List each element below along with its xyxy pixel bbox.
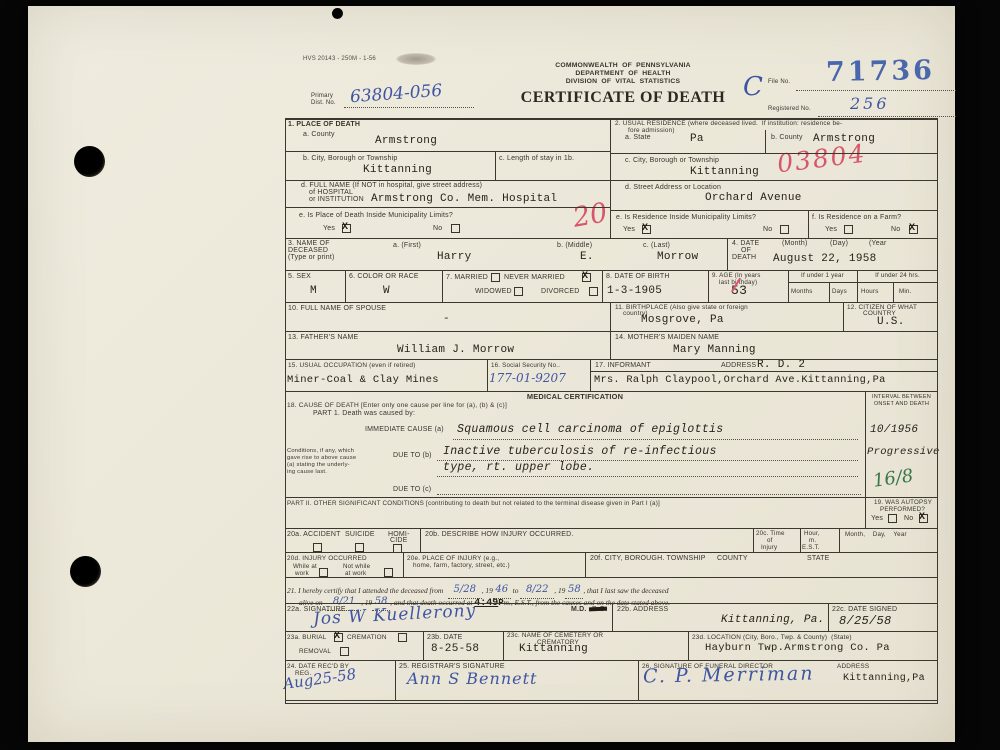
immediate-cause-ruled-line bbox=[453, 439, 858, 440]
widowed-label: WIDOWED bbox=[475, 288, 512, 296]
informant-label: 17. INFORMANT bbox=[595, 362, 651, 370]
months-header: Months bbox=[791, 288, 813, 295]
funeral-director-address-label: ADDRESS bbox=[837, 663, 869, 670]
residence-state-value: Pa bbox=[690, 133, 704, 145]
min-header: Min. bbox=[899, 288, 912, 295]
rule-line bbox=[285, 331, 938, 332]
rule-line bbox=[495, 151, 496, 180]
due-to-b-label: DUE TO (b) bbox=[393, 452, 432, 460]
rule-line bbox=[828, 603, 829, 631]
rule-line bbox=[285, 391, 938, 392]
burial-checkbox: X bbox=[334, 633, 343, 642]
rule-line bbox=[688, 631, 689, 660]
under-1-year-header: If under 1 year bbox=[788, 272, 857, 279]
rule-line bbox=[285, 302, 938, 303]
middle-name-label: b. (Middle) bbox=[557, 242, 592, 250]
printers-union-emblem-icon bbox=[396, 53, 436, 65]
burial-date-value: 8-25-58 bbox=[431, 643, 479, 655]
deceased-name-title-3: (Type or print) bbox=[288, 254, 335, 262]
rule-line bbox=[708, 270, 709, 302]
removal-label: REMOVAL bbox=[299, 648, 331, 655]
sex-value: M bbox=[310, 285, 317, 297]
immediate-cause-value: Squamous cell carcinoma of epiglottis bbox=[457, 424, 723, 437]
rule-line bbox=[843, 302, 844, 331]
funeral-director-signature: C. P. Merriman bbox=[643, 663, 815, 688]
punch-hole-top bbox=[74, 146, 105, 177]
ssn-label: 16. Social Security No.. bbox=[491, 362, 560, 369]
rule-line bbox=[590, 359, 591, 391]
rule-line bbox=[765, 130, 766, 153]
hospital-name-value: Armstrong Co. Mem. Hospital bbox=[371, 193, 557, 205]
part1-label: PART 1. Death was caused by: bbox=[313, 410, 415, 418]
date-signed-value: 8/25/58 bbox=[839, 615, 892, 628]
accident-checkbox bbox=[313, 543, 322, 552]
md-label: M.D. bbox=[571, 606, 587, 614]
rule-line bbox=[808, 210, 809, 238]
father-name-value: William J. Morrow bbox=[397, 344, 514, 356]
length-of-stay-label: c. Length of stay in 1b. bbox=[499, 155, 605, 163]
divorced-checkbox bbox=[589, 287, 598, 296]
rule-line bbox=[487, 359, 488, 391]
injury-occurred-label: 20d. INJURY OCCURRED bbox=[287, 555, 367, 562]
due-to-b-interval: Progressive bbox=[867, 447, 940, 459]
cemetery-location-label: 23d. LOCATION (City, Boro., Twp. & Count… bbox=[692, 634, 852, 641]
rule-line bbox=[285, 207, 610, 208]
divorced-label: DIVORCED bbox=[541, 288, 580, 296]
place-city-label: b. City, Borough or Township bbox=[303, 155, 397, 163]
burial-date-label: 23b. DATE bbox=[427, 634, 463, 642]
informant-value: Mrs. Ralph Claypool,Orchard Ave.Kittanni… bbox=[594, 375, 886, 386]
rule-line bbox=[727, 238, 728, 270]
place-municipality-yes-checkbox: X bbox=[342, 224, 351, 233]
widowed-checkbox bbox=[514, 287, 523, 296]
suicide-checkbox bbox=[355, 543, 364, 552]
rule-line bbox=[638, 660, 639, 700]
rule-line bbox=[829, 282, 830, 302]
rule-line bbox=[612, 603, 613, 631]
residence-municipality-question: e. Is Residence Inside Municipality Limi… bbox=[616, 214, 756, 222]
rule-line bbox=[285, 631, 938, 632]
time-of-injury-label-3: Injury bbox=[761, 544, 777, 551]
informant-address-label: ADDRESS bbox=[721, 362, 756, 370]
red-annotation-03804: 03804 bbox=[776, 139, 868, 179]
rule-line bbox=[285, 359, 938, 360]
cemetery-location-value: Hayburn Twp.Armstrong Co. Pa bbox=[705, 643, 890, 655]
residence-farm-no-checkbox: X bbox=[909, 225, 918, 234]
residence-municipality-yes-checkbox: X bbox=[642, 225, 651, 234]
rule-line bbox=[610, 210, 938, 211]
suicide-label: SUICIDE bbox=[345, 531, 375, 539]
red-annotation-20: 20 bbox=[571, 197, 610, 233]
rule-line bbox=[610, 118, 611, 238]
place-municipality-no-checkbox bbox=[451, 224, 460, 233]
birthplace-value: Mosgrove, Pa bbox=[641, 314, 724, 326]
residence-city-value: Kittanning bbox=[690, 166, 759, 178]
part2-label: PART II. OTHER SIGNIFICANT CONDITIONS [c… bbox=[287, 500, 859, 507]
injury-county-label: COUNTY bbox=[717, 555, 748, 563]
cremation-label: CREMATION bbox=[347, 634, 387, 641]
month-header: (Month) bbox=[782, 240, 808, 248]
day-header: (Day) bbox=[830, 240, 848, 248]
registered-number: 256 bbox=[850, 94, 890, 113]
file-no-ruled-line bbox=[796, 90, 956, 91]
rule-line bbox=[857, 270, 858, 302]
autopsy-no-label: No bbox=[904, 515, 913, 523]
form-stock-code: HVS 20143 - 250M - 1-56 bbox=[303, 56, 376, 63]
rule-line bbox=[285, 703, 938, 704]
father-name-label: 13. FATHER'S NAME bbox=[288, 334, 358, 342]
place-city-value: Kittanning bbox=[363, 164, 432, 176]
ink-strike-mark bbox=[589, 607, 607, 612]
color-race-value: W bbox=[383, 285, 390, 297]
residence-farm-no-label: No bbox=[891, 226, 900, 234]
rule-line bbox=[753, 528, 754, 552]
date-signed-label: 22c. DATE SIGNED bbox=[832, 606, 897, 614]
rule-line bbox=[285, 660, 938, 661]
physician-address-label: 22b. ADDRESS bbox=[617, 606, 668, 614]
year-header: (Year bbox=[869, 240, 886, 248]
citizen-value: U.S. bbox=[877, 316, 905, 328]
rule-line bbox=[420, 528, 421, 552]
rule-line bbox=[800, 528, 801, 552]
mother-name-value: Mary Manning bbox=[673, 344, 756, 356]
rule-line bbox=[788, 282, 938, 283]
occupation-value: Miner-Coal & Clay Mines bbox=[287, 375, 439, 387]
cemetery-value: Kittanning bbox=[519, 643, 588, 655]
conditions-note-3: (a) stating the underly- bbox=[287, 462, 350, 469]
residence-municipality-yes-label: Yes bbox=[623, 226, 635, 234]
primary-dist-number: 63804-056 bbox=[349, 81, 442, 107]
conditions-note-1: Conditions, if any, which bbox=[287, 448, 354, 455]
file-number-stamp: 71736 bbox=[826, 55, 935, 88]
primary-dist-ruled-line bbox=[344, 107, 474, 108]
rule-line bbox=[610, 153, 938, 154]
rule-line bbox=[285, 270, 938, 271]
rule-line bbox=[839, 528, 840, 552]
rule-line bbox=[285, 528, 938, 529]
rule-line bbox=[610, 302, 611, 331]
never-married-checkbox: X bbox=[582, 273, 591, 282]
punch-hole-bottom bbox=[70, 556, 101, 587]
certificate-paper: HVS 20143 - 250M - 1-56 COMMONWEALTH OF … bbox=[28, 6, 955, 742]
rule-line bbox=[893, 282, 894, 302]
registered-no-ruled-line bbox=[818, 116, 956, 117]
due-to-b-ruled-line-2 bbox=[437, 476, 858, 477]
agency-line-1: COMMONWEALTH OF PENNSYLVANIA bbox=[483, 62, 763, 70]
first-name-value: Harry bbox=[437, 251, 472, 263]
file-no-label: File No. bbox=[768, 79, 790, 86]
cremation-checkbox bbox=[398, 633, 407, 642]
rule-line bbox=[285, 552, 938, 553]
check-letter-mark: C bbox=[743, 72, 763, 102]
due-to-c-ruled-line bbox=[437, 494, 861, 495]
place-municipality-question: e. Is Place of Death Inside Municipality… bbox=[299, 212, 453, 220]
rule-line bbox=[937, 118, 938, 703]
first-name-label: a. (First) bbox=[393, 242, 421, 250]
date-of-death-value: August 22, 1958 bbox=[773, 253, 877, 265]
rule-line bbox=[585, 552, 586, 577]
autopsy-yes-checkbox bbox=[888, 514, 897, 523]
under-24-hrs-header: If under 24 hrs. bbox=[857, 272, 938, 279]
not-while-at-work-checkbox bbox=[384, 568, 393, 577]
certificate-title: CERTIFICATE OF DEATH bbox=[483, 89, 763, 107]
date-of-death-title-3: DEATH bbox=[732, 254, 756, 262]
rule-line bbox=[602, 270, 603, 302]
rule-line bbox=[610, 331, 611, 359]
rule-line bbox=[865, 391, 866, 528]
rule-line bbox=[423, 631, 424, 660]
residence-city-label: c. City, Borough or Township bbox=[625, 157, 719, 165]
conditions-note-4: ing cause last. bbox=[287, 469, 327, 476]
rule-line bbox=[285, 118, 938, 120]
cause-of-death-label: 18. CAUSE OF DEATH [Enter only one cause… bbox=[287, 402, 507, 410]
hours-header: Hours bbox=[861, 288, 879, 295]
medical-certification-title: MEDICAL CERTIFICATION bbox=[285, 393, 865, 402]
place-municipality-yes-label: Yes bbox=[323, 225, 335, 233]
date-of-birth-value: 1-3-1905 bbox=[607, 285, 662, 297]
primary-dist-label-2: Dist. No. bbox=[311, 100, 336, 107]
place-municipality-no-label: No bbox=[433, 225, 442, 233]
interval-header-2: ONSET AND DEATH bbox=[865, 401, 938, 407]
immediate-cause-label: IMMEDIATE CAUSE (a) bbox=[365, 426, 444, 434]
rule-line bbox=[285, 577, 938, 578]
due-to-b-value-2: type, rt. upper lobe. bbox=[443, 462, 594, 475]
primary-dist-label-1: Primary bbox=[311, 93, 333, 100]
autopsy-no-checkbox: X bbox=[919, 514, 928, 523]
spouse-value: - bbox=[443, 313, 450, 325]
rule-line bbox=[403, 552, 404, 577]
rule-line bbox=[788, 270, 789, 302]
removal-checkbox bbox=[340, 647, 349, 656]
rule-line bbox=[590, 371, 938, 372]
place-county-label: a. County bbox=[303, 131, 335, 139]
injury-city-label: 20f. CITY, BOROUGH. TOWNSHIP bbox=[590, 555, 706, 563]
accident-label: 20a. ACCIDENT bbox=[287, 531, 341, 539]
residence-county-label: b. County bbox=[771, 134, 803, 142]
rule-line bbox=[285, 497, 938, 498]
while-at-work-checkbox bbox=[319, 568, 328, 577]
residence-street-value: Orchard Avenue bbox=[705, 192, 802, 204]
residence-farm-question: f. Is Residence on a Farm? bbox=[812, 214, 934, 222]
informant-address-value: R. D. 2 bbox=[757, 359, 805, 371]
place-of-death-title: 1. PLACE OF DEATH bbox=[288, 121, 360, 129]
conditions-note-2: gave rise to above cause bbox=[287, 455, 356, 462]
punch-mark-top-edge bbox=[332, 8, 343, 19]
married-label: 7. MARRIED bbox=[446, 274, 488, 282]
place-of-injury-label-2: home, farm, factory, street, etc.) bbox=[413, 562, 510, 569]
sex-label: 5. SEX bbox=[288, 273, 311, 281]
rule-line bbox=[285, 238, 938, 239]
rule-line bbox=[345, 270, 346, 302]
funeral-director-address-value: Kittanning,Pa bbox=[843, 673, 925, 684]
registrar-signature: Ann S Bennett bbox=[407, 669, 537, 688]
rule-line bbox=[285, 118, 286, 703]
rule-line bbox=[285, 151, 610, 152]
due-to-c-label: DUE TO (c) bbox=[393, 486, 431, 494]
agency-line-2: DEPARTMENT OF HEALTH bbox=[483, 70, 763, 78]
describe-injury-label: 20b. DESCRIBE HOW INJURY OCCURRED. bbox=[425, 531, 574, 539]
residence-state-label: a. State bbox=[625, 134, 651, 142]
occupation-label: 15. USUAL OCCUPATION (even if retired) bbox=[288, 362, 416, 369]
registered-no-label: Registered No. bbox=[768, 106, 811, 113]
immediate-cause-interval: 10/1956 bbox=[870, 424, 918, 436]
residence-farm-yes-checkbox bbox=[844, 225, 853, 234]
days-header: Days bbox=[832, 288, 847, 295]
month-day-year-header: Month, Day, Year bbox=[845, 531, 907, 538]
due-to-b-value-1: Inactive tuberculosis of re-infectious bbox=[443, 446, 717, 459]
middle-name-value: E. bbox=[580, 251, 594, 263]
autopsy-yes-label: Yes bbox=[871, 515, 883, 523]
physician-address-value: Kittanning, Pa. bbox=[721, 614, 825, 626]
mother-name-label: 14. MOTHER'S MAIDEN NAME bbox=[615, 334, 719, 342]
color-race-label: 6. COLOR OR RACE bbox=[349, 273, 419, 281]
married-checkbox bbox=[491, 273, 500, 282]
interval-header-1: INTERVAL BETWEEN bbox=[865, 394, 938, 400]
residence-street-label: d. Street Address or Location bbox=[625, 184, 721, 192]
rule-line bbox=[285, 700, 938, 701]
injury-state-label: STATE bbox=[807, 555, 830, 563]
burial-label: 23a. BURIAL bbox=[287, 634, 327, 641]
residence-municipality-no-label: No bbox=[763, 226, 772, 234]
rule-line bbox=[285, 180, 938, 181]
residence-farm-yes-label: Yes bbox=[825, 226, 837, 234]
green-interval-annotation: 16/8 bbox=[872, 465, 915, 491]
rule-line bbox=[442, 270, 443, 302]
hospital-name-label-3: or INSTITUTION bbox=[309, 196, 364, 204]
ssn-value: 177-01-9207 bbox=[489, 371, 566, 385]
place-county-value: Armstrong bbox=[375, 135, 437, 147]
last-name-label: c. (Last) bbox=[643, 242, 670, 250]
rule-line bbox=[395, 660, 396, 700]
date-of-birth-label: 8. DATE OF BIRTH bbox=[606, 273, 670, 281]
never-married-label: NEVER MARRIED bbox=[504, 274, 565, 282]
certificate-form-grid: 1. PLACE OF DEATH a. County Armstrong b.… bbox=[285, 118, 938, 705]
est-label: E.S.T. bbox=[802, 544, 820, 551]
residence-municipality-no-checkbox bbox=[780, 225, 789, 234]
agency-line-3: DIVISION OF VITAL STATISTICS bbox=[483, 78, 763, 86]
spouse-label: 10. FULL NAME OF SPOUSE bbox=[288, 305, 386, 313]
rule-line bbox=[503, 631, 504, 660]
last-name-value: Morrow bbox=[657, 251, 698, 263]
